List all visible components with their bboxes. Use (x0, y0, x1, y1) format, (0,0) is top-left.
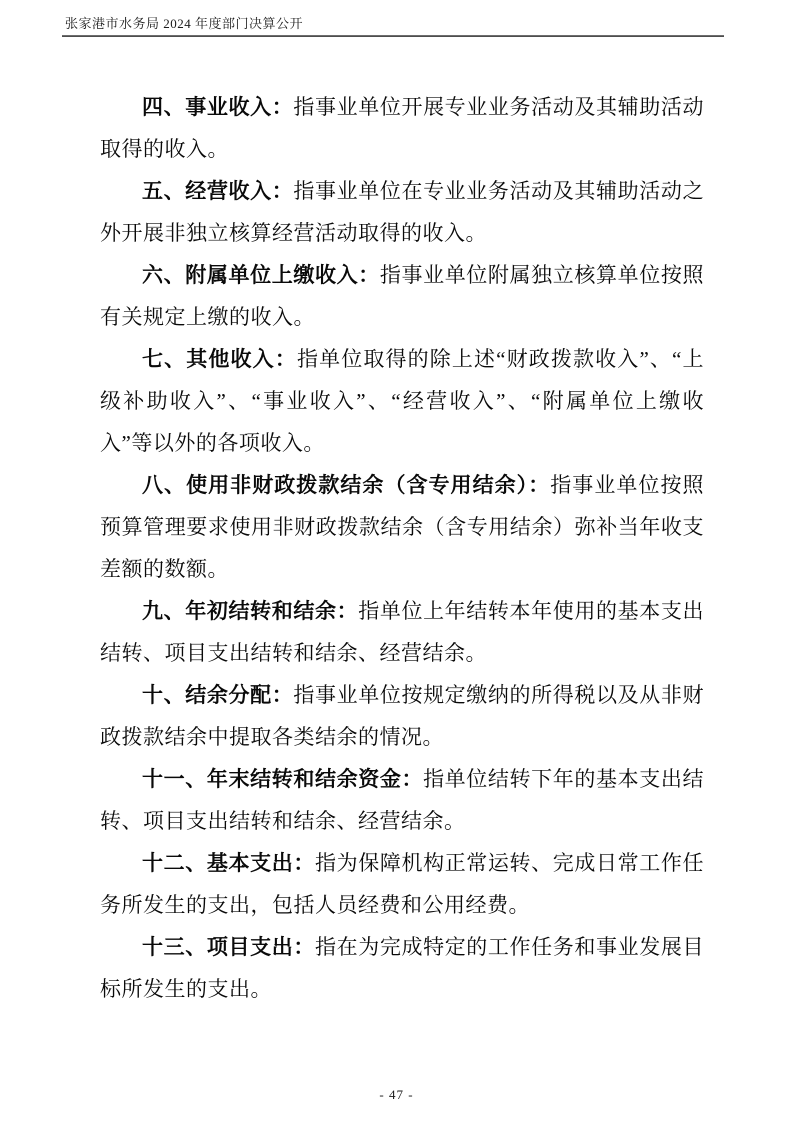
definition-term: 七、其他收入： (142, 347, 297, 371)
definition-term: 十一、年末结转和结余资金： (142, 767, 423, 791)
definition-term: 十、结余分配： (142, 683, 293, 707)
definition-paragraph-12: 十二、基本支出：指为保障机构正常运转、完成日常工作任务所发生的支出，包括人员经费… (100, 842, 704, 926)
definition-paragraph-10: 十、结余分配：指事业单位按规定缴纳的所得税以及从非财政拨款结余中提取各类结余的情… (100, 674, 704, 758)
definition-paragraph-11: 十一、年末结转和结余资金：指单位结转下年的基本支出结转、项目支出结转和结余、经营… (100, 758, 704, 842)
definition-term: 十三、项目支出： (142, 935, 315, 959)
definition-term: 五、经营收入： (142, 179, 293, 203)
definition-term: 九、年初结转和结余： (142, 599, 358, 623)
definition-term: 六、附属单位上缴收入： (142, 263, 380, 287)
definition-paragraph-13: 十三、项目支出：指在为完成特定的工作任务和事业发展目标所发生的支出。 (100, 926, 704, 1010)
definition-term: 八、使用非财政拨款结余（含专用结余）： (142, 473, 550, 497)
definition-term: 十二、基本支出： (142, 851, 315, 875)
page-number: - 47 - (379, 1087, 413, 1102)
definition-term: 四、事业收入： (142, 95, 293, 119)
definition-paragraph-9: 九、年初结转和结余：指单位上年结转本年使用的基本支出结转、项目支出结转和结余、经… (100, 590, 704, 674)
document-page: 张家港市水务局 2024 年度部门决算公开 四、事业收入：指事业单位开展专业业务… (0, 0, 793, 1122)
definition-paragraph-7: 七、其他收入：指单位取得的除上述“财政拨款收入”、“上级补助收入”、“事业收入”… (100, 338, 704, 464)
definition-paragraph-6: 六、附属单位上缴收入：指事业单位附属独立核算单位按照有关规定上缴的收入。 (100, 254, 704, 338)
document-body: 四、事业收入：指事业单位开展专业业务活动及其辅助活动取得的收入。 五、经营收入：… (100, 86, 704, 1010)
definition-paragraph-5: 五、经营收入：指事业单位在专业业务活动及其辅助活动之外开展非独立核算经营活动取得… (100, 170, 704, 254)
definition-paragraph-4: 四、事业收入：指事业单位开展专业业务活动及其辅助活动取得的收入。 (100, 86, 704, 170)
header-title: 张家港市水务局 2024 年度部门决算公开 (62, 13, 724, 35)
page-footer: - 47 - (0, 1086, 793, 1104)
definition-paragraph-8: 八、使用非财政拨款结余（含专用结余）：指事业单位按照预算管理要求使用非财政拨款结… (100, 464, 704, 590)
page-header: 张家港市水务局 2024 年度部门决算公开 (62, 13, 724, 37)
header-rule (62, 35, 724, 37)
